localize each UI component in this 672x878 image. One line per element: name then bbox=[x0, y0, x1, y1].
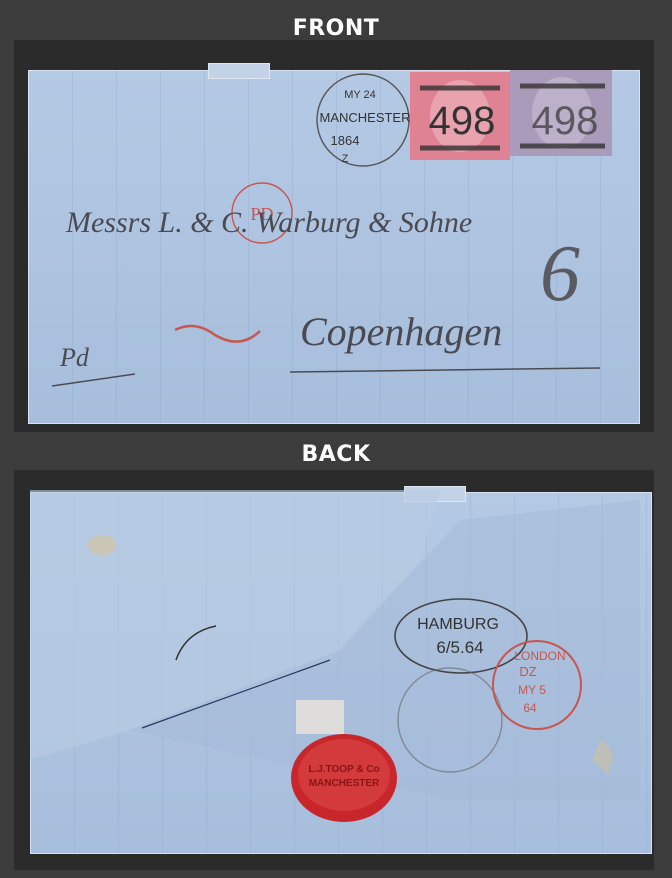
hamburg-city: HAMBURG bbox=[417, 616, 499, 633]
seal-line2: MANCHESTER bbox=[309, 778, 380, 789]
hamburg-date: 6/5.64 bbox=[436, 638, 483, 657]
seal-line1: L.J.TOOP & Co bbox=[308, 764, 379, 775]
london-year: 64 bbox=[523, 701, 537, 715]
wax-seal: L.J.TOOP & Co MANCHESTER bbox=[291, 734, 397, 822]
back-markings: HAMBURG 6/5.64 LONDON DZ MY 5 64 L.J.TOO… bbox=[0, 0, 672, 878]
london-city: LONDON bbox=[514, 649, 565, 663]
london-code: DZ bbox=[519, 664, 536, 679]
london-date: MY 5 bbox=[518, 683, 546, 697]
